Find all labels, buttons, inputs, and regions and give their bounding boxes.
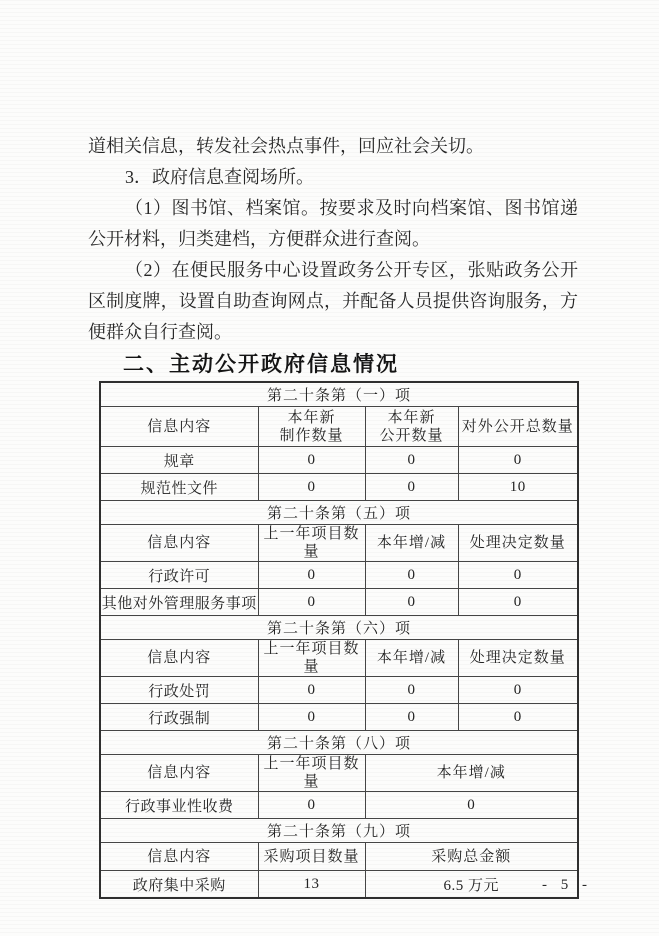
table-row: 规章000 bbox=[100, 447, 578, 474]
table-header-row: 信息内容采购项目数量采购总金额 bbox=[100, 843, 578, 871]
value-cell: 0 bbox=[258, 677, 365, 704]
table-header-row: 信息内容上一年项目数量本年增/减处理决定数量 bbox=[100, 525, 578, 562]
body-text: 道相关信息，转发社会热点事件，回应社会关切。 3．政府信息查阅场所。 （1）图书… bbox=[88, 131, 578, 348]
table-section-title: 第二十条第（一）项 bbox=[100, 382, 578, 407]
table-header-cell: 本年新 制作数量 bbox=[258, 407, 365, 447]
table-section-title: 第二十条第（六）项 bbox=[100, 616, 578, 640]
table-header-cell: 信息内容 bbox=[100, 525, 258, 562]
info-disclosure-table: 第二十条第（一）项信息内容本年新 制作数量本年新 公开数量对外公开总数量规章00… bbox=[99, 381, 579, 899]
section-heading: 二、主动公开政府信息情况 bbox=[123, 348, 399, 378]
table-row: 行政事业性收费00 bbox=[100, 792, 578, 819]
table-section-title: 第二十条第（九）项 bbox=[100, 819, 578, 843]
value-cell: 0 bbox=[458, 447, 578, 474]
table-header-row: 信息内容上一年项目数量本年增/减 bbox=[100, 755, 578, 792]
row-label-cell: 行政处罚 bbox=[100, 677, 258, 704]
value-cell: 0 bbox=[458, 589, 578, 616]
body-line: 便群众自行查阅。 bbox=[88, 317, 578, 348]
table-header-cell: 采购项目数量 bbox=[258, 843, 365, 871]
body-line: （2）在便民服务中心设置政务公开专区，张贴政务公开专 bbox=[88, 255, 578, 286]
table-section-title-row: 第二十条第（九）项 bbox=[100, 819, 578, 843]
table-row: 行政许可000 bbox=[100, 562, 578, 589]
row-label-cell: 行政事业性收费 bbox=[100, 792, 258, 819]
value-cell: 0 bbox=[365, 589, 458, 616]
value-cell: 13 bbox=[258, 871, 365, 899]
document-page: 道相关信息，转发社会热点事件，回应社会关切。 3．政府信息查阅场所。 （1）图书… bbox=[0, 0, 659, 936]
table-section-title: 第二十条第（八）项 bbox=[100, 731, 578, 755]
table-header-cell: 信息内容 bbox=[100, 755, 258, 792]
value-cell: 0 bbox=[458, 677, 578, 704]
table-header-cell: 采购总金额 bbox=[365, 843, 578, 871]
row-label-cell: 其他对外管理服务事项 bbox=[100, 589, 258, 616]
row-label-cell: 行政强制 bbox=[100, 704, 258, 731]
value-cell: 0 bbox=[365, 447, 458, 474]
row-label-cell: 行政许可 bbox=[100, 562, 258, 589]
row-label-cell: 规章 bbox=[100, 447, 258, 474]
value-cell: 0 bbox=[258, 704, 365, 731]
body-line: 道相关信息，转发社会热点事件，回应社会关切。 bbox=[88, 131, 578, 162]
table-header-cell: 本年增/减 bbox=[365, 525, 458, 562]
table-row: 政府集中采购136.5 万元 bbox=[100, 871, 578, 899]
page-number: - 5 - bbox=[542, 877, 592, 894]
body-line: 3．政府信息查阅场所。 bbox=[88, 162, 578, 193]
table-header-cell: 对外公开总数量 bbox=[458, 407, 578, 447]
table-section-title-row: 第二十条第（五）项 bbox=[100, 501, 578, 525]
value-cell: 0 bbox=[365, 677, 458, 704]
table-header-cell: 信息内容 bbox=[100, 640, 258, 677]
value-cell: 0 bbox=[365, 562, 458, 589]
table-header-cell: 上一年项目数量 bbox=[258, 755, 365, 792]
value-cell: 0 bbox=[258, 447, 365, 474]
table-row: 行政处罚000 bbox=[100, 677, 578, 704]
table-section-title: 第二十条第（五）项 bbox=[100, 501, 578, 525]
table-header-cell: 处理决定数量 bbox=[458, 640, 578, 677]
value-cell: 0 bbox=[258, 474, 365, 501]
row-label-cell: 政府集中采购 bbox=[100, 871, 258, 899]
table-header-cell: 信息内容 bbox=[100, 407, 258, 447]
table-row: 其他对外管理服务事项000 bbox=[100, 589, 578, 616]
table-header-cell: 处理决定数量 bbox=[458, 525, 578, 562]
table-section-title-row: 第二十条第（六）项 bbox=[100, 616, 578, 640]
body-line: （1）图书馆、档案馆。按要求及时向档案馆、图书馆递交 bbox=[88, 193, 578, 224]
value-cell: 0 bbox=[258, 792, 365, 819]
value-cell: 0 bbox=[258, 589, 365, 616]
table-header-cell: 本年新 公开数量 bbox=[365, 407, 458, 447]
table-header-row: 信息内容本年新 制作数量本年新 公开数量对外公开总数量 bbox=[100, 407, 578, 447]
table-header-row: 信息内容上一年项目数量本年增/减处理决定数量 bbox=[100, 640, 578, 677]
table-header-cell: 上一年项目数量 bbox=[258, 525, 365, 562]
table-header-cell: 信息内容 bbox=[100, 843, 258, 871]
table-header-cell: 上一年项目数量 bbox=[258, 640, 365, 677]
body-line: 区制度牌，设置自助查询网点，并配备人员提供咨询服务，方 bbox=[88, 286, 578, 317]
table-header-cell: 本年增/减 bbox=[365, 755, 578, 792]
body-line: 公开材料，归类建档，方便群众进行查阅。 bbox=[88, 224, 578, 255]
value-cell: 0 bbox=[258, 562, 365, 589]
table-section-title-row: 第二十条第（一）项 bbox=[100, 382, 578, 407]
value-cell: 0 bbox=[365, 704, 458, 731]
value-cell: 0 bbox=[458, 562, 578, 589]
table-row: 行政强制000 bbox=[100, 704, 578, 731]
value-cell: 10 bbox=[458, 474, 578, 501]
info-disclosure-table-body: 第二十条第（一）项信息内容本年新 制作数量本年新 公开数量对外公开总数量规章00… bbox=[100, 382, 578, 898]
table-header-cell: 本年增/减 bbox=[365, 640, 458, 677]
value-cell: 0 bbox=[365, 792, 578, 819]
value-cell: 0 bbox=[458, 704, 578, 731]
row-label-cell: 规范性文件 bbox=[100, 474, 258, 501]
value-cell: 0 bbox=[365, 474, 458, 501]
table-row: 规范性文件0010 bbox=[100, 474, 578, 501]
table-section-title-row: 第二十条第（八）项 bbox=[100, 731, 578, 755]
